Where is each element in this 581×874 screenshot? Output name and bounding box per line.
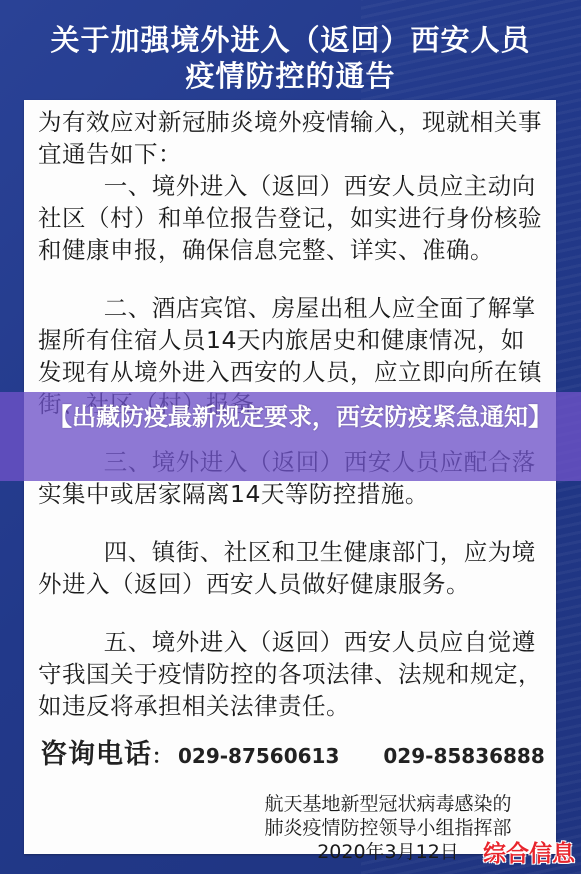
- watermark-label: 综合信息: [483, 835, 575, 868]
- title-line-1: 关于加强境外进入（返回）西安人员: [0, 22, 581, 58]
- notice-item-5: 五、境外进入（返回）西安人员应自觉遵守我国关于疫情防控的各项法律、法规和规定，如…: [38, 626, 548, 722]
- issuer-signature: 航天基地新型冠状病毒感染的 肺炎疫情防控领导小组指挥部 2020年3月12日: [258, 792, 518, 864]
- issuer-line-2: 肺炎疫情防控领导小组指挥部: [258, 816, 518, 840]
- phone-number-2: 029-85836888: [383, 744, 544, 768]
- caption-overlay-text: 【出藏防疫最新规定要求，西安防疫紧急通知】: [40, 400, 560, 434]
- contact-separator: ：: [152, 744, 172, 768]
- notice-intro: 为有效应对新冠肺炎境外疫情输入，现就相关事宜通告如下：: [38, 106, 548, 170]
- notice-item-1: 一、境外进入（返回）西安人员应主动向社区（村）和单位报告登记，如实进行身份核验和…: [38, 170, 548, 266]
- contact-phones: 咨询电话：029-87560613029-85836888: [40, 732, 550, 771]
- title-line-2: 疫情防控的通告: [0, 58, 581, 94]
- notice-item-4: 四、镇街、社区和卫生健康部门，应为境外进入（返回）西安人员做好健康服务。: [38, 536, 548, 600]
- issuer-line-1: 航天基地新型冠状病毒感染的: [258, 792, 518, 816]
- issue-date: 2020年3月12日: [258, 840, 518, 864]
- phone-number-1: 029-87560613: [178, 744, 339, 768]
- contact-label: 咨询电话: [40, 739, 152, 770]
- notice-title: 关于加强境外进入（返回）西安人员 疫情防控的通告: [0, 22, 581, 94]
